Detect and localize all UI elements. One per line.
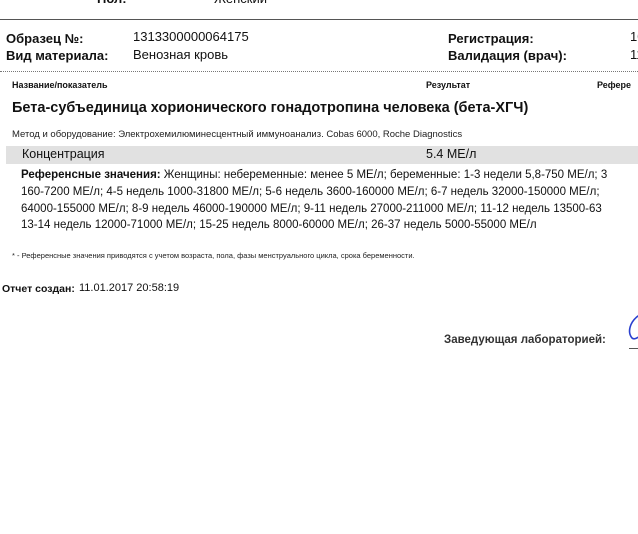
sample-number-value: 1313300000064175 — [133, 29, 249, 44]
registration-value: 10 — [630, 29, 638, 44]
reference-values-line: 160-7200 МЕ/л; 4-5 недель 1000-31800 МЕ/… — [21, 186, 600, 198]
report-created-label: Отчет создан: — [2, 283, 75, 295]
test-title: Бета-субъединица хорионического гонадотр… — [12, 100, 528, 116]
parameter-name: Концентрация — [22, 147, 105, 161]
validation-label: Валидация (врач): — [448, 48, 567, 63]
registration-label: Регистрация: — [448, 31, 534, 46]
column-header-result: Результат — [426, 80, 470, 90]
validation-value: 11 — [630, 47, 638, 62]
sex-label: Пол: — [97, 0, 127, 6]
head-of-lab-label: Заведующая лабораторией: — [444, 334, 606, 346]
result-value: 5.4 МЕ/л — [426, 147, 476, 161]
header-divider — [0, 19, 638, 20]
material-value: Венозная кровь — [133, 47, 228, 62]
dotted-divider — [0, 71, 638, 72]
reference-values-line: 13-14 недель 12000-71000 МЕ/л; 15-25 нед… — [21, 219, 537, 231]
footnote: * - Референсные значения приводятся с уч… — [12, 251, 415, 260]
signature-line — [629, 348, 638, 349]
column-header-reference: Рефере — [597, 80, 631, 90]
reference-values-label: Референсные значения: — [21, 169, 161, 181]
reference-values-text: Женщины: небеременные: менее 5 МЕ/л; бер… — [161, 169, 608, 181]
method-text: Метод и оборудование: Электрохемилюминес… — [12, 129, 462, 140]
signature-icon — [624, 314, 638, 344]
report-created-value: 11.01.2017 20:58:19 — [79, 282, 179, 294]
column-header-name: Название/показатель — [12, 80, 108, 90]
material-label: Вид материала: — [6, 48, 109, 63]
reference-values-line: 64000-155000 МЕ/л; 8-9 недель 46000-1900… — [21, 203, 602, 215]
sex-value: Женский — [214, 0, 267, 6]
sample-number-label: Образец №: — [6, 31, 83, 46]
reference-values-line: Референсные значения: Женщины: неберемен… — [21, 169, 607, 181]
